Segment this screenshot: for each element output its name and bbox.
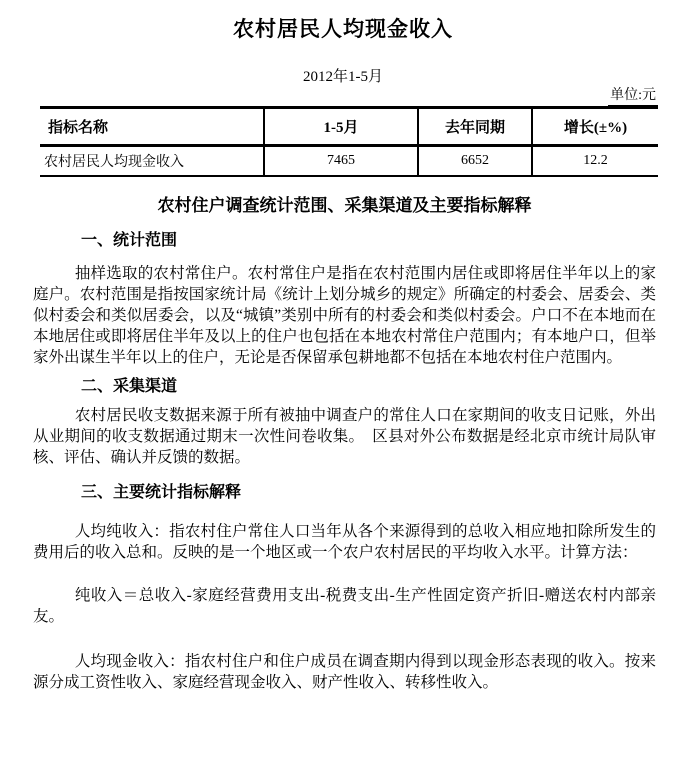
table-row: 农村居民人均现金收入 7465 6652 12.2 [40, 146, 658, 176]
report-period: 2012年1-5月 [0, 65, 686, 86]
section-indicator-definitions: 三、主要统计指标解释 人均纯收入：指农村住户常住人口当年从各个来源得到的总收入相… [33, 482, 656, 693]
section-title: 一、统计范围 [33, 230, 656, 251]
table-header-row: 指标名称 1-5月 去年同期 增长(±%) [40, 108, 658, 146]
unit-row: 单位:元 [0, 88, 658, 106]
cell-current-value: 7465 [264, 146, 418, 176]
section-title: 二、采集渠道 [33, 376, 656, 397]
cell-last-year-value: 6652 [418, 146, 532, 176]
paragraph: 农村居民收支数据来源于所有被抽中调查户的常住人口在家期间的收支日记账，外出从业期… [33, 405, 656, 468]
section-collection-channels: 二、采集渠道 农村居民收支数据来源于所有被抽中调查户的常住人口在家期间的收支日记… [33, 376, 656, 468]
section-title: 三、主要统计指标解释 [33, 482, 656, 503]
paragraph: 抽样选取的农村常住户。农村常住户是指在农村范围内居住或即将居住半年以上的家庭户。… [33, 263, 656, 368]
indicators-table: 指标名称 1-5月 去年同期 增长(±%) 农村居民人均现金收入 7465 66… [40, 106, 658, 177]
paragraph: 人均纯收入：指农村住户常住人口当年从各个来源得到的总收入相应地扣除所发生的费用后… [33, 521, 656, 563]
notes-heading: 农村住户调查统计范围、采集渠道及主要指标解释 [33, 195, 656, 216]
paragraph: 人均现金收入：指农村住户和住户成员在调查期内得到以现金形态表现的收入。按来源分成… [33, 651, 656, 693]
table-header-growth: 增长(±%) [532, 108, 658, 146]
table-header-current-period: 1-5月 [264, 108, 418, 146]
notes-content: 农村住户调查统计范围、采集渠道及主要指标解释 一、统计范围 抽样选取的农村常住户… [33, 195, 656, 693]
paragraph: 纯收入＝总收入-家庭经营费用支出-税费支出-生产性固定资产折旧-赠送农村内部亲友… [33, 585, 656, 627]
table-header-last-year: 去年同期 [418, 108, 532, 146]
unit-label: 单位:元 [608, 88, 658, 106]
table-header-indicator-name: 指标名称 [40, 108, 264, 146]
cell-growth-value: 12.2 [532, 146, 658, 176]
page-title: 农村居民人均现金收入 [0, 13, 686, 43]
cell-indicator-name: 农村居民人均现金收入 [40, 146, 264, 176]
section-statistical-scope: 一、统计范围 抽样选取的农村常住户。农村常住户是指在农村范围内居住或即将居住半年… [33, 230, 656, 368]
